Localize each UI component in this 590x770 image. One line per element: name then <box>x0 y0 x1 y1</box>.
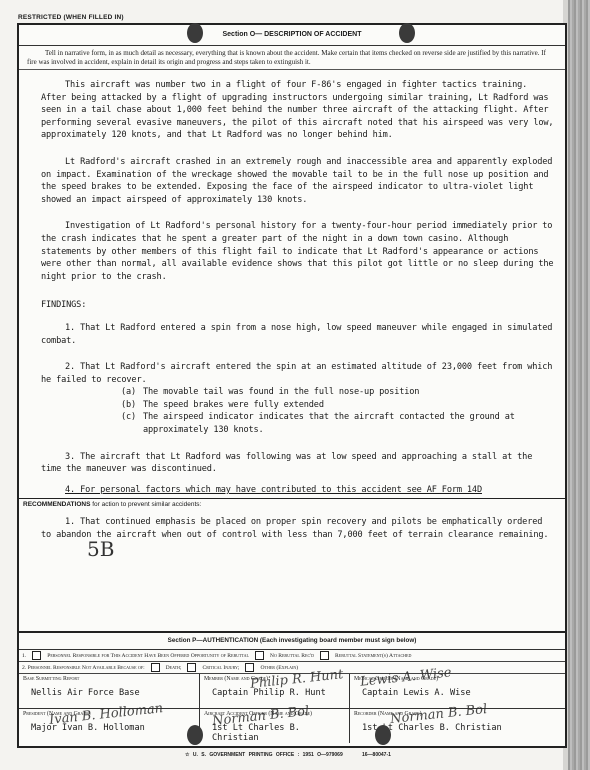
narrative: This aircraft was number two in a flight… <box>19 70 565 496</box>
base-name: Nellis Air Force Base <box>19 684 199 698</box>
critical-injury-checkbox[interactable] <box>187 663 196 672</box>
subitem-b: (b) The speed brakes were fully extended <box>121 399 555 412</box>
medical-officer-cell: Medical Officer (Name and Grade) Captain… <box>350 674 565 709</box>
aircraft-accident-officer-cell: Aircraft Accident Officer (Name and Grad… <box>200 709 350 743</box>
subitem-a: (a) The movable tail was found in the fu… <box>121 386 555 399</box>
finding-2: 2. That Lt Radford's aircraft entered th… <box>41 361 555 386</box>
death-checkbox[interactable] <box>151 663 160 672</box>
narrative-paragraph: Lt Radford's aircraft crashed in an extr… <box>41 156 555 206</box>
punch-hole-icon <box>187 725 203 745</box>
narrative-paragraph: Investigation of Lt Radford's personal h… <box>41 220 555 283</box>
member-cell: Member (Name and Grade) Captain Philip R… <box>200 674 350 709</box>
recommendations-header: RECOMMENDATIONS for action to prevent si… <box>19 498 565 510</box>
punch-hole-icon <box>399 23 415 43</box>
classification-marking: RESTRICTED (WHEN FILLED IN) <box>18 14 124 21</box>
section-o-header: Section O— DESCRIPTION OF ACCIDENT <box>19 25 565 46</box>
section-o-instructions: Tell in narrative form, in as much detai… <box>19 46 565 70</box>
printing-office-line: ☆ U. S. GOVERNMENT PRINTING OFFICE : 195… <box>185 752 343 758</box>
form-number: 16—80047-1 <box>362 752 391 758</box>
other-checkbox[interactable] <box>245 663 254 672</box>
rebuttal-attached-checkbox[interactable] <box>320 651 329 660</box>
punch-hole-icon <box>187 23 203 43</box>
binding-shadow <box>568 0 590 770</box>
no-rebuttal-checkbox[interactable] <box>255 651 264 660</box>
finding-3: 3. The aircraft that Lt Radford was foll… <box>41 451 555 476</box>
rebuttal-row: 1. Personnel Responsible for This Accide… <box>19 650 565 662</box>
findings-heading: FINDINGS: <box>41 299 555 312</box>
finding-4: 4. For personal factors which may have c… <box>41 484 555 497</box>
president-cell: President (Name and Grade) Major Ivan B.… <box>19 709 200 743</box>
accident-report-form: Section O— DESCRIPTION OF ACCIDENT Tell … <box>17 23 567 748</box>
punch-hole-icon <box>375 725 391 745</box>
subitem-c: (c) The airspeed indicator indicates tha… <box>121 411 555 436</box>
finding-2-subitems: (a) The movable tail was found in the fu… <box>41 386 555 436</box>
handwritten-mark: 5B <box>87 537 114 561</box>
section-p-header: Section P—AUTHENTICATION (Each investiga… <box>19 631 565 650</box>
base-submitting-cell: Base Submitting Report Nellis Air Force … <box>19 674 200 709</box>
signature-grid: Base Submitting Report Nellis Air Force … <box>19 674 565 743</box>
narrative-paragraph: This aircraft was number two in a flight… <box>41 79 555 142</box>
finding-1: 1. That Lt Radford entered a spin from a… <box>41 322 555 347</box>
rebuttal-offered-checkbox[interactable] <box>32 651 41 660</box>
section-p-authentication: Section P—AUTHENTICATION (Each investiga… <box>19 631 565 743</box>
recommendation-1: 1. That continued emphasis be placed on … <box>41 516 555 541</box>
